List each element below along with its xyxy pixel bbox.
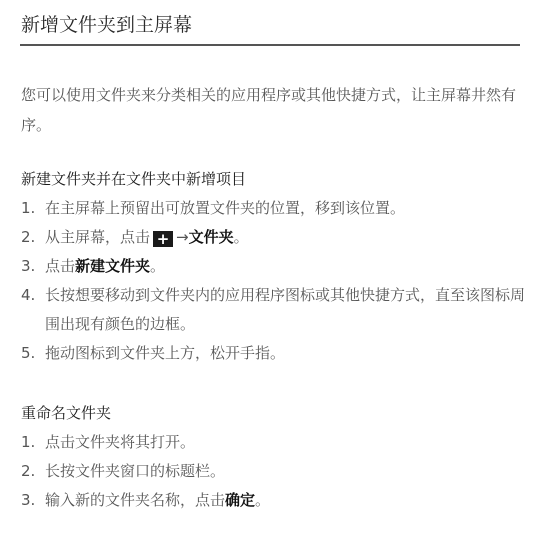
step-item: 2. 从主屏幕，点击+→文件夹。 xyxy=(21,223,531,252)
step-number: 2. xyxy=(21,223,45,252)
step-number: 5. xyxy=(21,339,45,368)
step-number: 3. xyxy=(21,252,45,281)
step-text: 长按想要移动到文件夹内的应用程序图标或其他快捷方式，直至该图标周围出现有颜色的边… xyxy=(45,281,531,339)
step-item: 3. 点击新建文件夹。 xyxy=(21,252,531,281)
step-item: 1. 点击文件夹将其打开。 xyxy=(21,428,531,457)
step-number: 2. xyxy=(21,457,45,486)
arrow-icon: → xyxy=(176,228,189,246)
step-item: 2. 长按文件夹窗口的标题栏。 xyxy=(21,457,531,486)
step-text: 拖动图标到文件夹上方，松开手指。 xyxy=(45,339,531,368)
section-heading: 新建文件夹并在文件夹中新增项目 xyxy=(21,166,531,194)
page-title: 新增文件夹到主屏幕 xyxy=(21,12,192,38)
step-item: 4. 长按想要移动到文件夹内的应用程序图标或其他快捷方式，直至该图标周围出现有颜… xyxy=(21,281,531,339)
section-create-folder: 新建文件夹并在文件夹中新增项目 1. 在主屏幕上预留出可放置文件夹的位置，移到该… xyxy=(21,166,531,368)
step-text: 输入新的文件夹名称，点击确定。 xyxy=(45,486,531,515)
plus-icon: + xyxy=(153,231,173,247)
step-item: 3. 输入新的文件夹名称，点击确定。 xyxy=(21,486,531,515)
step-number: 4. xyxy=(21,281,45,339)
step-text: 在主屏幕上预留出可放置文件夹的位置，移到该位置。 xyxy=(45,194,531,223)
section-rename-folder: 重命名文件夹 1. 点击文件夹将其打开。 2. 长按文件夹窗口的标题栏。 3. … xyxy=(21,400,531,515)
title-divider xyxy=(20,44,520,46)
step-number: 1. xyxy=(21,194,45,223)
step-number: 3. xyxy=(21,486,45,515)
step-text: 长按文件夹窗口的标题栏。 xyxy=(45,457,531,486)
step-item: 1. 在主屏幕上预留出可放置文件夹的位置，移到该位置。 xyxy=(21,194,531,223)
step-text: 点击文件夹将其打开。 xyxy=(45,428,531,457)
step-item: 5. 拖动图标到文件夹上方，松开手指。 xyxy=(21,339,531,368)
step-text: 从主屏幕，点击+→文件夹。 xyxy=(45,223,531,252)
step-number: 1. xyxy=(21,428,45,457)
section-heading: 重命名文件夹 xyxy=(21,400,531,428)
intro-paragraph: 您可以使用文件夹来分类相关的应用程序或其他快捷方式，让主屏幕井然有序。 xyxy=(21,80,521,140)
step-text: 点击新建文件夹。 xyxy=(45,252,531,281)
